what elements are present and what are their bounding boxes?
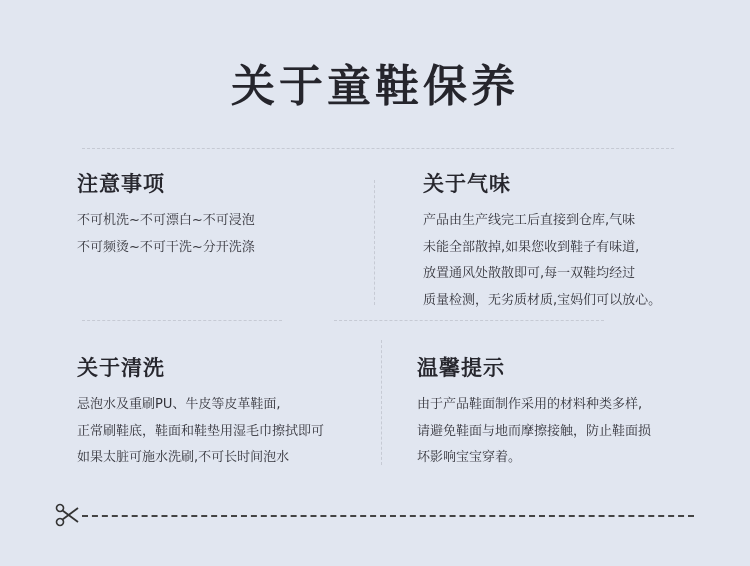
section-title: 注意事项	[77, 168, 255, 198]
cut-line-row	[54, 503, 694, 527]
section-line: 坏影响宝宝穿着。	[417, 445, 651, 472]
section-line: 未能全部散掉,如果您收到鞋子有味道,	[423, 235, 661, 262]
section-precautions: 注意事项 不可机洗~不可漂白~不可浸泡 不可频烫~不可干洗~分开洗涤	[77, 168, 255, 261]
section-line: 忌泡水及重刷PU、牛皮等皮革鞋面,	[77, 392, 324, 419]
section-title: 温馨提示	[417, 352, 651, 382]
page-title: 关于童鞋保养	[0, 50, 750, 114]
section-line: 质量检测，无劣质材质,宝妈们可以放心。	[423, 288, 661, 315]
section-line: 不可频烫~不可干洗~分开洗涤	[77, 235, 255, 262]
vertical-divider-bottom	[381, 340, 382, 465]
section-line: 正常刷鞋底，鞋面和鞋垫用湿毛巾擦拭即可	[77, 419, 324, 446]
middle-divider-right	[334, 320, 604, 321]
section-line: 放置通风处散散即可,每一双鞋均经过	[423, 261, 661, 288]
section-line: 由于产品鞋面制作采用的材料种类多样,	[417, 392, 651, 419]
section-cleaning: 关于清洗 忌泡水及重刷PU、牛皮等皮革鞋面, 正常刷鞋底，鞋面和鞋垫用湿毛巾擦拭…	[77, 352, 324, 472]
dashed-cut-line	[82, 515, 694, 517]
section-title: 关于清洗	[77, 352, 324, 382]
section-line: 不可机洗~不可漂白~不可浸泡	[77, 208, 255, 235]
section-line: 产品由生产线完工后直接到仓库,气味	[423, 208, 661, 235]
section-tips: 温馨提示 由于产品鞋面制作采用的材料种类多样, 请避免鞋面与地而摩擦接触，防止鞋…	[417, 352, 651, 472]
section-title: 关于气味	[423, 168, 661, 198]
scissors-icon	[54, 503, 80, 527]
top-divider	[82, 148, 674, 149]
section-line: 如果太脏可施水洗刷,不可长时间泡水	[77, 445, 324, 472]
vertical-divider-top	[374, 180, 375, 305]
section-line: 请避免鞋面与地而摩擦接触，防止鞋面损	[417, 419, 651, 446]
section-odor: 关于气味 产品由生产线完工后直接到仓库,气味 未能全部散掉,如果您收到鞋子有味道…	[423, 168, 661, 314]
middle-divider-left	[82, 320, 282, 321]
